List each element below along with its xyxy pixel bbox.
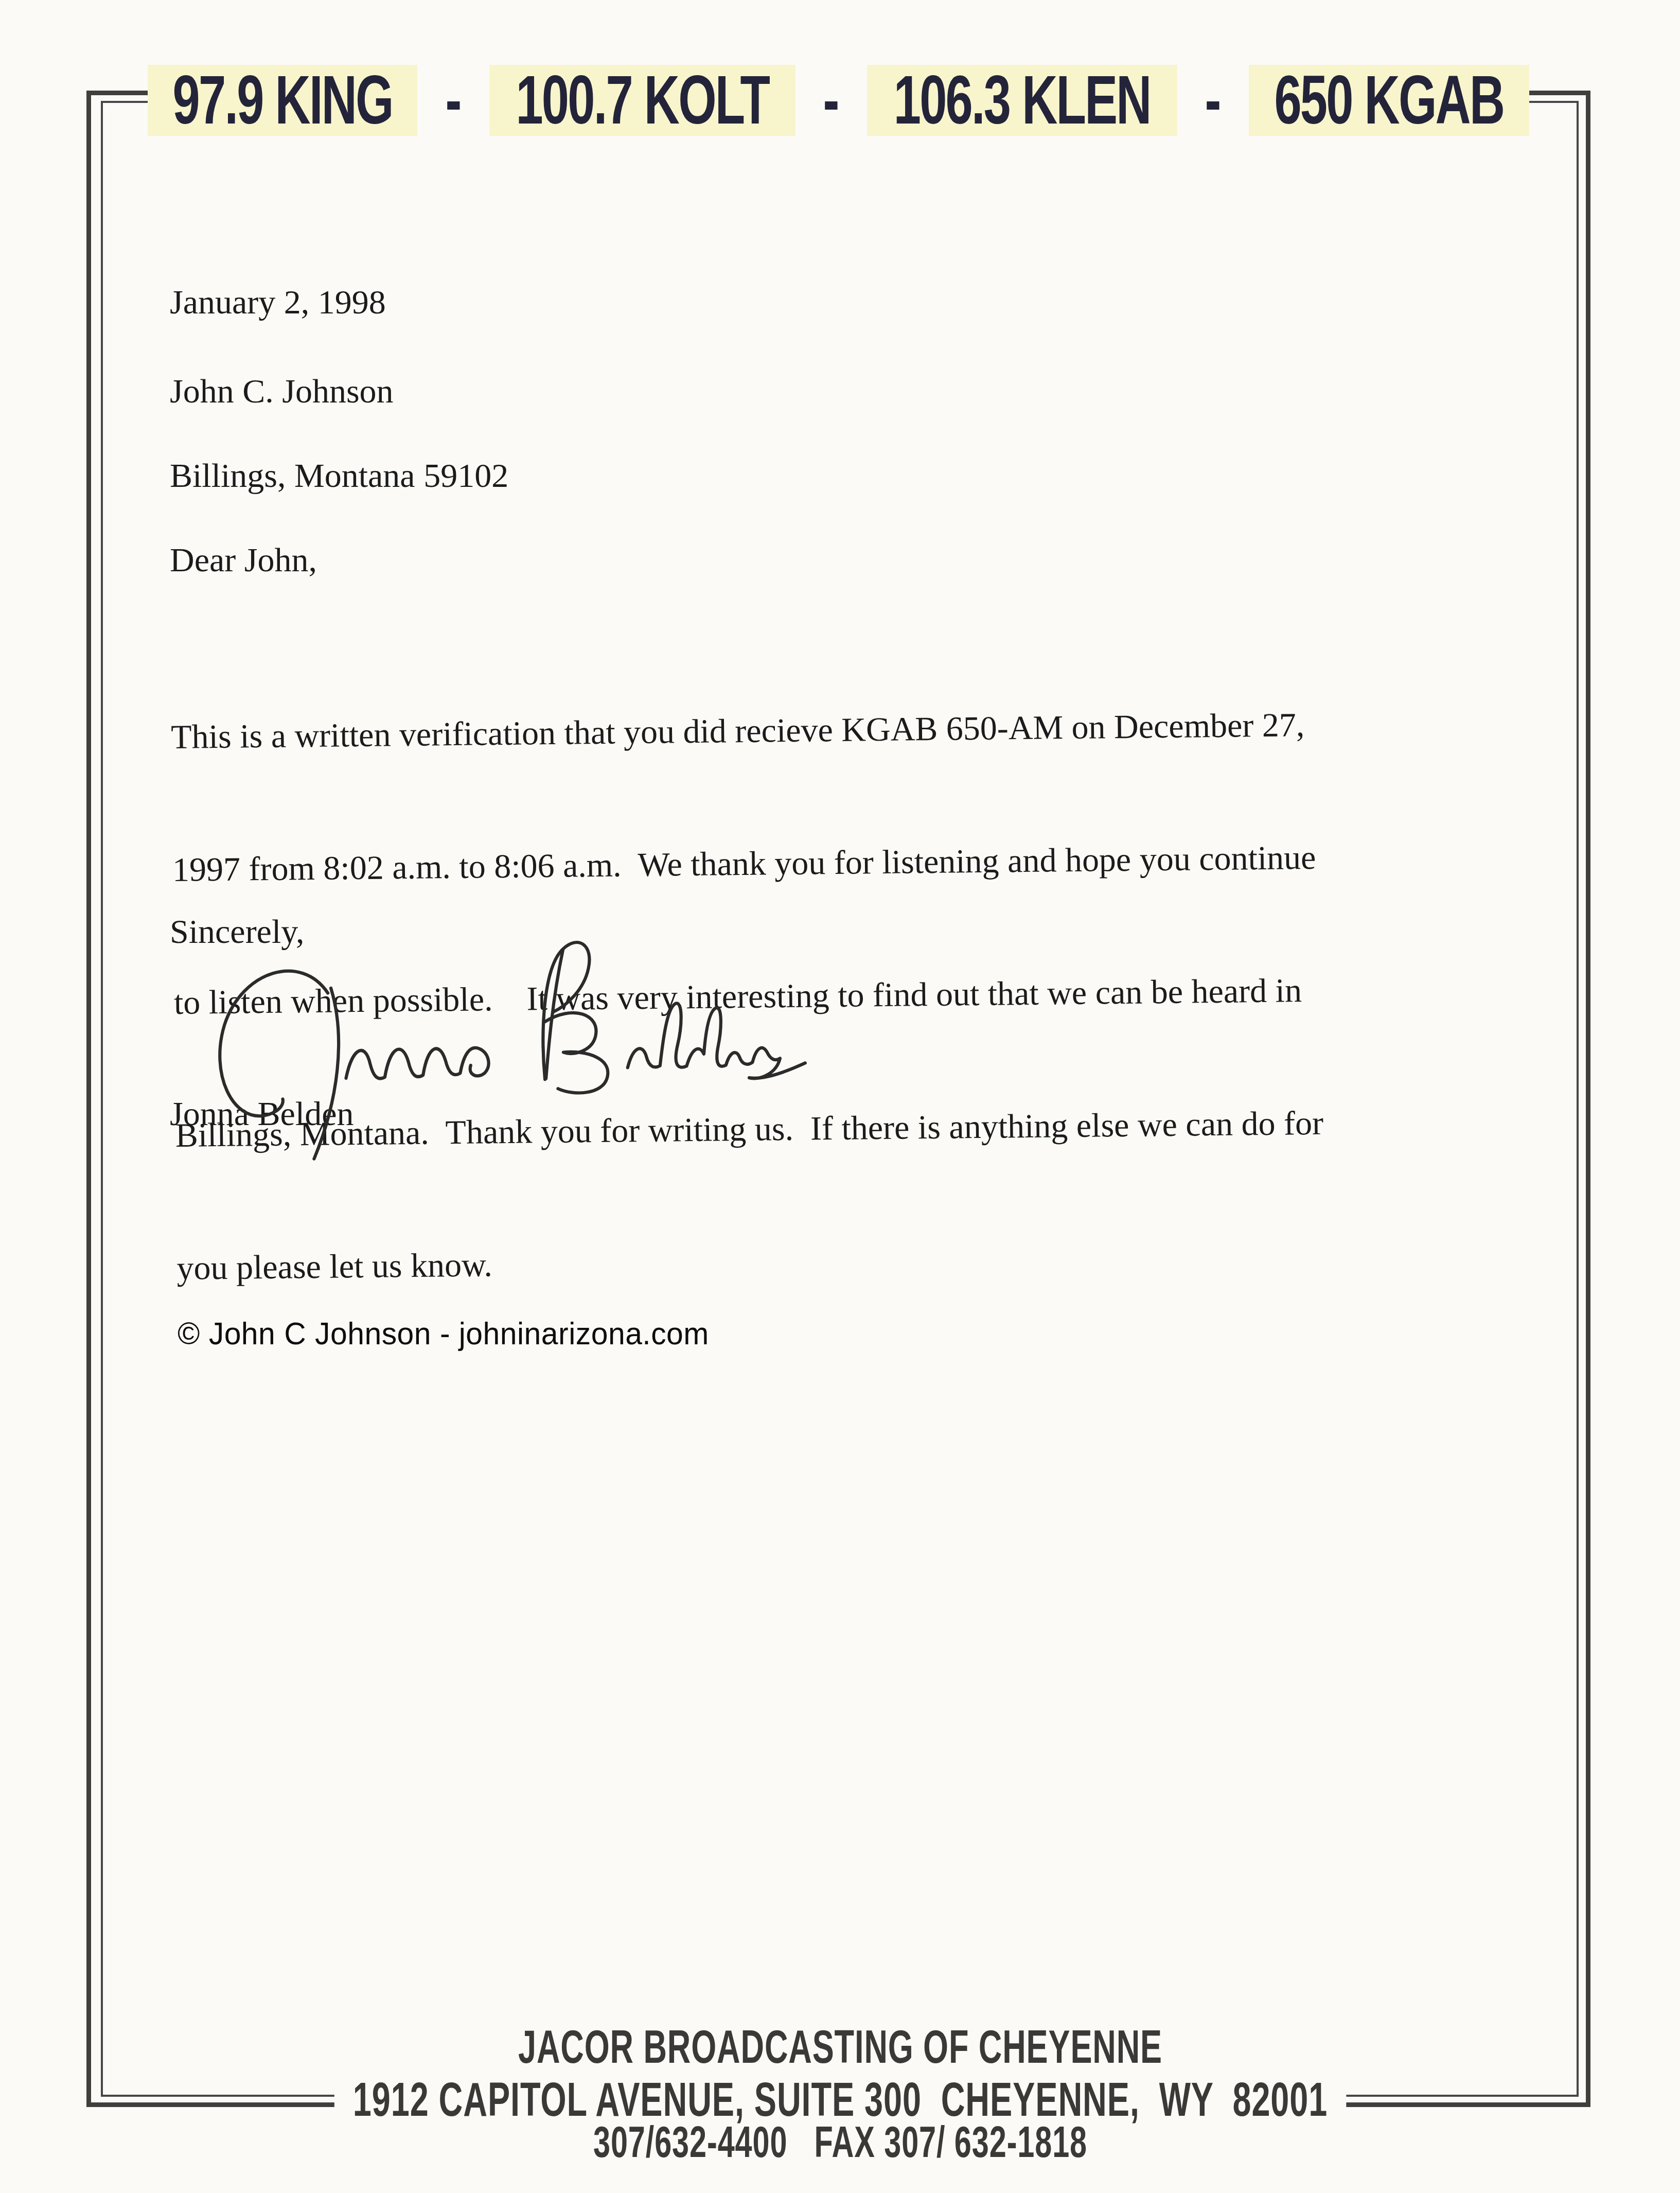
- signature-jonna-belden: [170, 937, 808, 1158]
- station-badge-kgab: 650 KGAB: [1249, 65, 1529, 136]
- dash-separator: -: [1204, 65, 1222, 136]
- dash-separator: -: [445, 65, 463, 136]
- scanned-letter-page: 97.9 KING - 100.7 KOLT - 106.3 KLEN - 65…: [0, 0, 1680, 2193]
- footer-phone-line: 307/632-4400 FAX 307/ 632-1818: [593, 2119, 1087, 2164]
- station-label: 100.7 KOLT: [516, 66, 769, 134]
- signature-image: [167, 928, 811, 1166]
- letterhead-station-band: 97.9 KING - 100.7 KOLT - 106.3 KLEN - 65…: [148, 65, 1529, 136]
- station-badge-kolt: 100.7 KOLT: [489, 65, 795, 136]
- footer-company-line: JACOR BROADCASTING OF CHEYENNE: [518, 2024, 1162, 2071]
- station-badge-klen: 106.3 KLEN: [867, 65, 1177, 136]
- station-label: 650 KGAB: [1275, 66, 1504, 134]
- dash-separator: -: [822, 65, 840, 136]
- station-label: 97.9 KING: [173, 66, 393, 134]
- station-label: 106.3 KLEN: [894, 66, 1151, 134]
- station-badge-king: 97.9 KING: [148, 65, 417, 136]
